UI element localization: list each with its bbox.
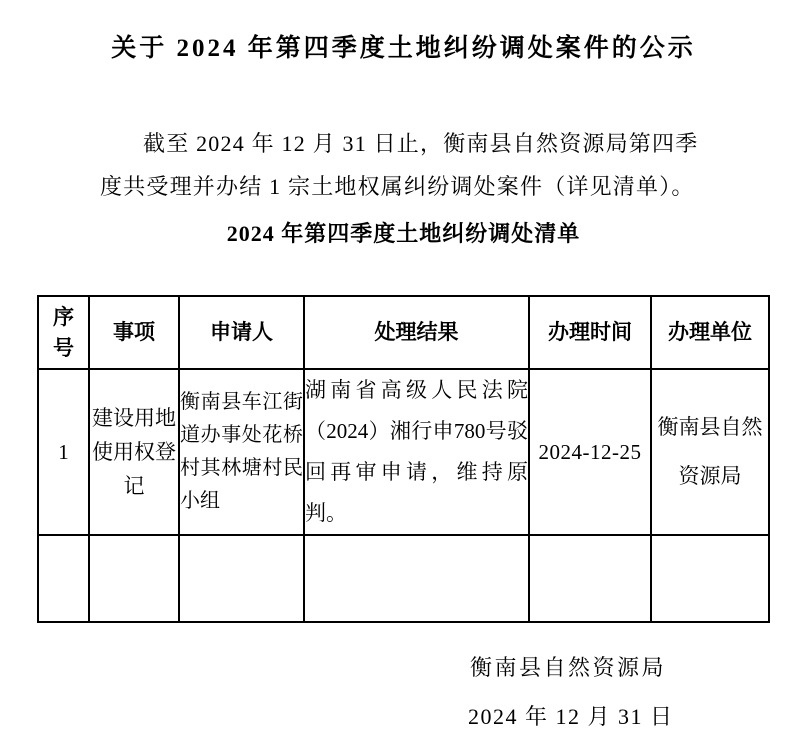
table-row-empty (38, 535, 769, 622)
table-row: 1 建设用地使用权登记 衡南县车江街道办事处花桥村其林塘村民小组 湖南省高级人民… (38, 369, 769, 535)
cell-org (651, 535, 769, 622)
body-paragraph-line-2: 度共受理并办结 1 宗土地权属纠纷调处案件（详见清单）。 (100, 170, 695, 201)
cell-result (304, 535, 529, 622)
cell-org: 衡南县自然资源局 (651, 369, 769, 535)
body-paragraph-line-1: 截至 2024 年 12 月 31 日止，衡南县自然资源局第四季 (143, 127, 698, 158)
cell-time: 2024-12-25 (529, 369, 651, 535)
cell-time (529, 535, 651, 622)
cell-seq: 1 (38, 369, 89, 535)
col-header-result: 处理结果 (304, 296, 529, 369)
announcement-document: 关于 2024 年第四季度土地纠纷调处案件的公示 截至 2024 年 12 月 … (0, 0, 807, 754)
cell-matter: 建设用地使用权登记 (89, 369, 179, 535)
cell-seq (38, 535, 89, 622)
signature-org: 衡南县自然资源局 (470, 651, 666, 682)
cell-applicant (179, 535, 304, 622)
table-header-row: 序号 事项 申请人 处理结果 办理时间 办理单位 (38, 296, 769, 369)
col-header-applicant: 申请人 (179, 296, 304, 369)
signature-date: 2024 年 12 月 31 日 (468, 700, 674, 731)
cell-applicant: 衡南县车江街道办事处花桥村其林塘村民小组 (179, 369, 304, 535)
cell-result: 湖南省高级人民法院（2024）湘行申780号驳回再审申请，维持原判。 (304, 369, 529, 535)
table-title: 2024 年第四季度土地纠纷调处清单 (0, 217, 807, 248)
col-header-seq: 序号 (38, 296, 89, 369)
col-header-time: 办理时间 (529, 296, 651, 369)
col-header-matter: 事项 (89, 296, 179, 369)
cell-matter (89, 535, 179, 622)
cases-table: 序号 事项 申请人 处理结果 办理时间 办理单位 1 建设用地使用权登记 衡南县… (37, 295, 770, 623)
document-title: 关于 2024 年第四季度土地纠纷调处案件的公示 (0, 28, 807, 64)
col-header-org: 办理单位 (651, 296, 769, 369)
